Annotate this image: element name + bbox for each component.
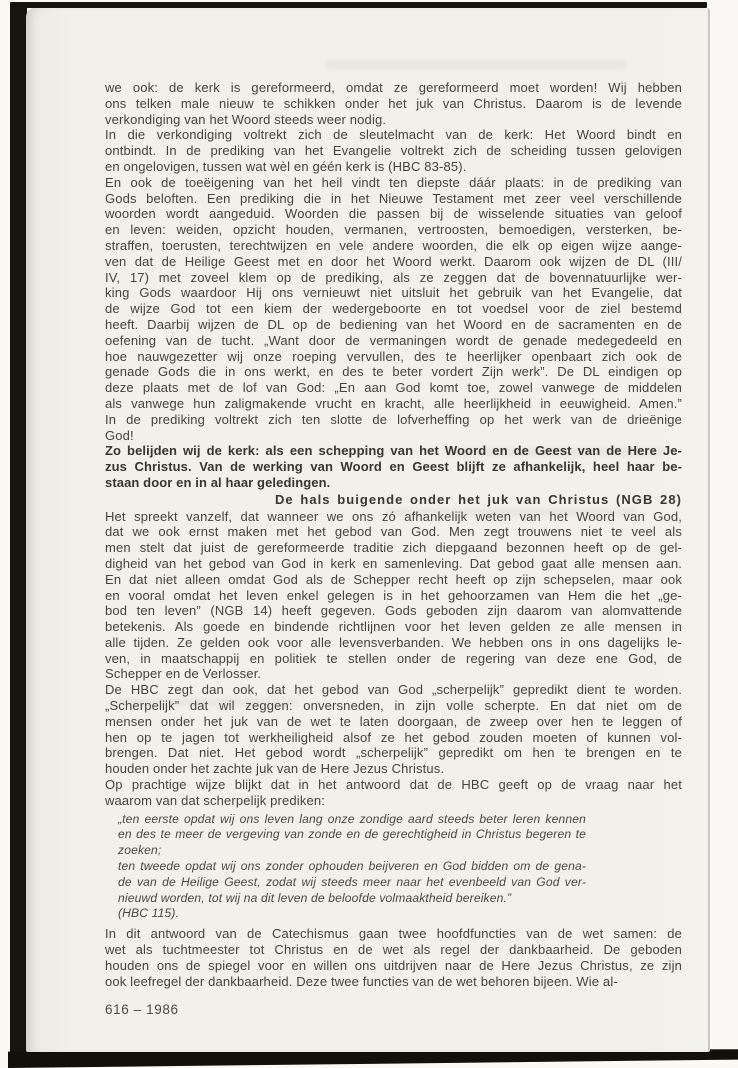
body-line: Het spreekt vanzelf, dat wanneer we ons … — [105, 509, 682, 525]
body-line: En ook de toeëigening van het heil vindt… — [105, 175, 682, 191]
body-line: en ongelovigen, tussen wat wèl en géén k… — [105, 159, 682, 175]
section-heading: De hals buigende onder het juk van Chris… — [105, 492, 682, 508]
body-line: ven dat de Heilige Geest met en door het… — [105, 254, 682, 270]
body-line: als vanwege hun zaligmakende vrucht en k… — [105, 396, 682, 412]
quote-line: en des te meer de vergeving van zonde en… — [118, 827, 586, 843]
body-line: alle tijden. Ze gelden ook voor alle lev… — [105, 635, 682, 651]
bleedthrough-smudge — [326, 60, 626, 69]
body-line: ook leefregel der dankbaarheid. Deze twe… — [105, 974, 682, 990]
body-line: De HBC zegt dan ook, dat het gebod van G… — [105, 682, 682, 698]
body-line: bod ten leven” (NGB 14) heeft gegeven. G… — [105, 603, 682, 619]
body-line: en vooral omdat het leven enkel gelegen … — [105, 588, 682, 604]
body-line: heeft. Daarbij wijzen de DL op de bedien… — [105, 317, 682, 333]
body-line: ven, in maatschappij en politiek te stel… — [105, 651, 682, 667]
quote-line: „ten eerste opdat wij ons leven lang onz… — [118, 812, 586, 828]
body-line: verkondiging van het Woord steeds weer n… — [105, 112, 682, 128]
body-line: wet als tuchtmeester tot Christus en de … — [105, 942, 682, 958]
body-line: ons telken male nieuw te schikken onder … — [105, 96, 682, 112]
body-line: straffen, toerusten, terechtwijzen en ve… — [105, 238, 682, 254]
body-line: IV, 17) met zoveel klem op de prediking,… — [105, 270, 682, 286]
page-sheet: we ook: de kerk is gereformeerd, omdat z… — [26, 8, 710, 1052]
body-line: genade Gods die in ons werkt, en des te … — [105, 364, 682, 380]
body-line: we ook: de kerk is gereformeerd, omdat z… — [105, 80, 682, 96]
emphasis-line: zus Christus. Van de werking van Woord e… — [105, 459, 682, 475]
body-line: king Gods waardoor Hij ons vernieuwt nie… — [105, 285, 682, 301]
body-line: de wijze God tot een kiem der wedergeboo… — [105, 301, 682, 317]
body-line: Schepper en de Verlosser. — [105, 666, 682, 682]
page-footer: 616 – 1986 — [105, 1002, 179, 1017]
emphasis-line: Zo belijden wij de kerk: als een scheppi… — [105, 443, 682, 459]
body-line: woorden wordt aangeduid. Woorden die pas… — [105, 206, 682, 222]
body-line: betekenis. Als goede en bindende richtli… — [105, 619, 682, 635]
body-line: oefening van de tucht. „Want door de ver… — [105, 333, 682, 349]
body-line: mensen onder het juk van de wet te laten… — [105, 714, 682, 730]
body-line: In de prediking voltrekt zich ten slotte… — [105, 412, 682, 428]
body-line: waarom van dat scherpelijk prediken: — [105, 793, 682, 809]
body-line: In dit antwoord van de Catechismus gaan … — [105, 926, 682, 942]
body-line: In die verkondiging voltrekt zich de sle… — [105, 127, 682, 143]
body-line: en leven: weiden, opzicht houden, verman… — [105, 222, 682, 238]
scanned-book-page: { "colors":{"paper":"#f1f0ea","ink":"#46… — [0, 0, 738, 1068]
body-line: ontbindt. In de prediking van het Evange… — [105, 143, 682, 159]
quote-line: de van de Heilige Geest, zodat wij steed… — [118, 875, 586, 891]
quote-line: ten tweede opdat wij ons zonder ophouden… — [118, 859, 586, 875]
body-line: houden ons de spiegel voor en willen ons… — [105, 958, 682, 974]
book-binding-edge — [10, 4, 27, 1056]
body-line: hoe nauwgezetter wij onze roeping vervul… — [105, 349, 682, 365]
body-line: hen op te jagen tot werkheiligheid alsof… — [105, 730, 682, 746]
body-line: brengen. Dat niet. Het gebod wordt „sche… — [105, 745, 682, 761]
body-line: Op prachtige wijze blijkt dat in het ant… — [105, 777, 682, 793]
quote-line: (HBC 115). — [118, 906, 586, 922]
quote-line: zoeken; — [118, 843, 586, 859]
body-line: dat we ook ernst maken met het gebod van… — [105, 524, 682, 540]
quote-line: nieuwd worden, tot wij na dit leven de b… — [118, 891, 586, 907]
body-line: En dat niet alleen omdat God als de Sche… — [105, 572, 682, 588]
emphasis-line: staan door en in al haar geledingen. — [105, 475, 682, 491]
page-text: we ook: de kerk is gereformeerd, omdat z… — [105, 80, 682, 989]
body-line: deze plaats met de lof van God: „En aan … — [105, 380, 682, 396]
body-line: God! — [105, 428, 682, 444]
body-line: digheid van het gebod van God in kerk en… — [105, 556, 682, 572]
body-line: „Scherpelijk” dat wil zeggen: onversnede… — [105, 698, 682, 714]
body-line: houden onder het zachte juk van de Here … — [105, 761, 682, 777]
body-line: Gods beloften. Een prediking die in het … — [105, 191, 682, 207]
body-line: men stelt dat juist de gereformeerde tra… — [105, 540, 682, 556]
